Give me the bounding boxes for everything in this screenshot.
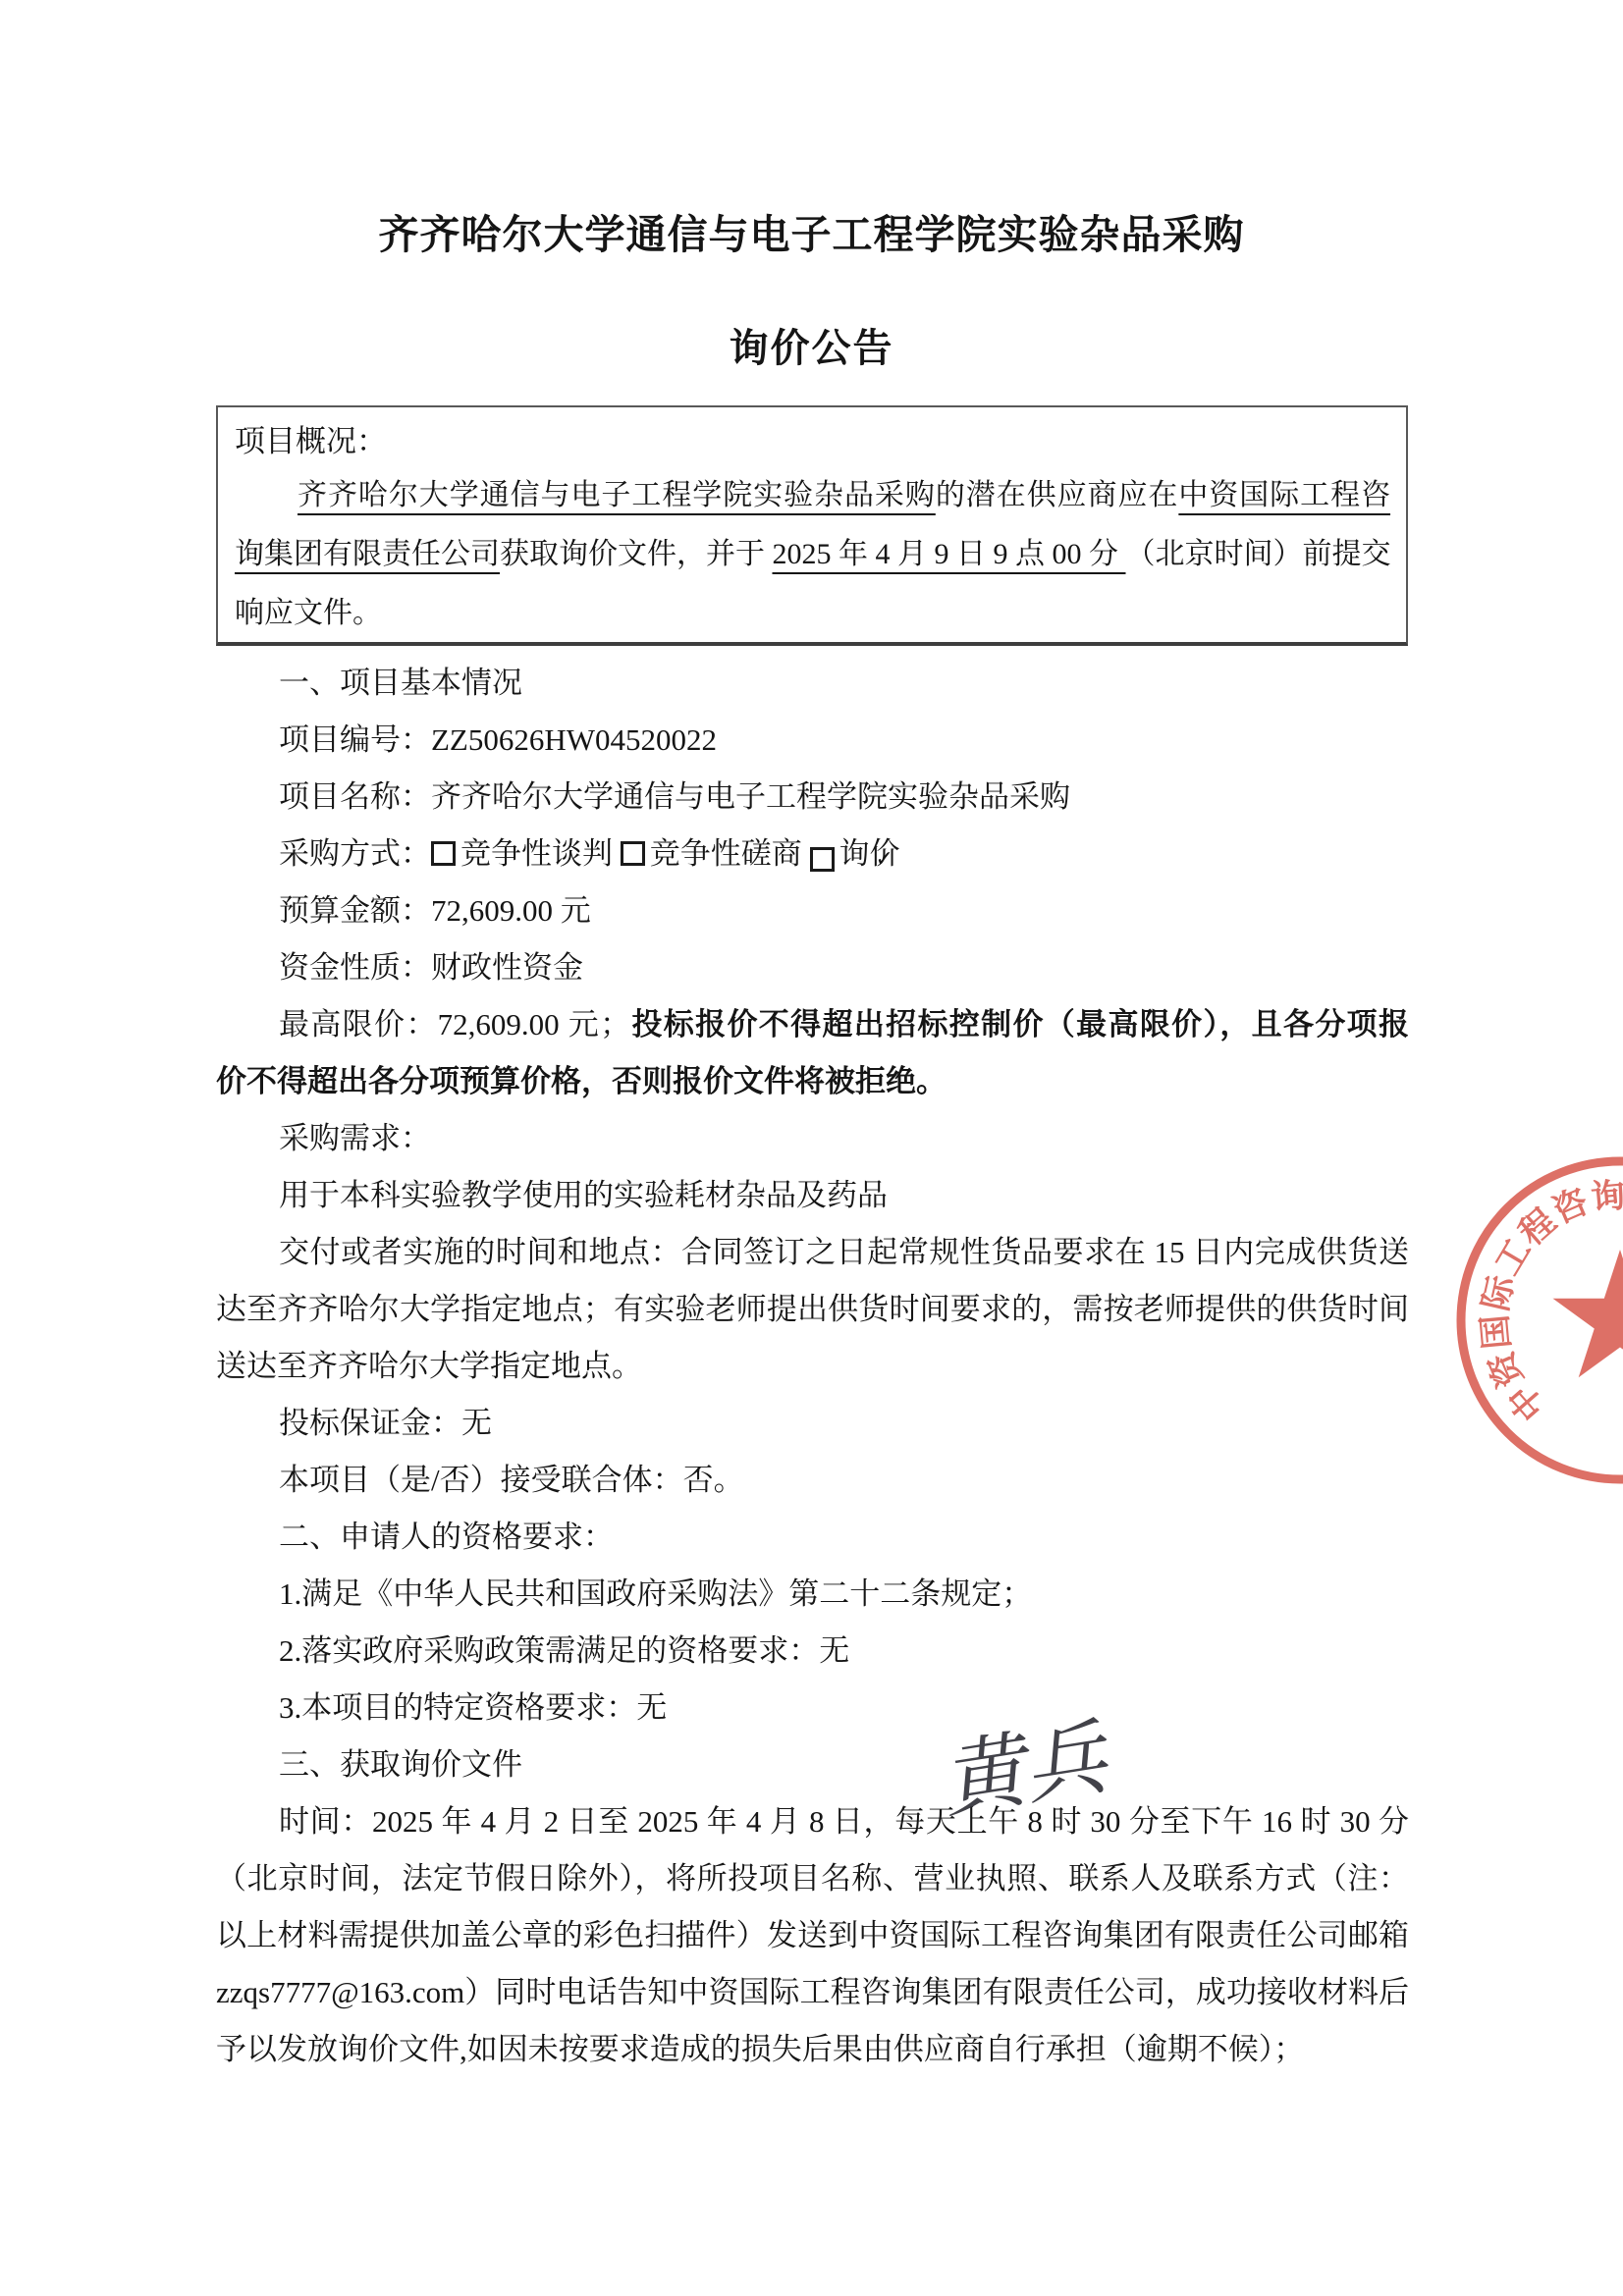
text-segment: 的潜在供应商应在 xyxy=(936,479,1179,511)
text-line: 齐齐哈尔大学通信与电子工程学院实验杂品采购的潜在供应商应在中资国际工程咨 xyxy=(235,466,1390,525)
text-line: 预算金额：72,609.00 元 xyxy=(216,882,1409,939)
document-page: 齐齐哈尔大学通信与电子工程学院实验杂品采购 询价公告 项目概况： 齐齐哈尔大学通… xyxy=(0,0,1623,2296)
text-line: 1.满足《中华人民共和国政府采购法》第二十二条规定； xyxy=(216,1566,1409,1623)
text-segment: 询集团有限责任公司 xyxy=(235,538,500,570)
text-line: 本项目（是/否）接受联合体：否。 xyxy=(216,1452,1409,1509)
text-segment: 响应文件。 xyxy=(235,597,382,629)
checkbox-checked-icon: ✓ xyxy=(810,847,835,872)
seal-star-icon xyxy=(1553,1250,1623,1377)
text-line: 采购方式：竞争性谈判 竞争性磋商 ✓询价 xyxy=(216,826,1409,882)
text-segment: 竞争性谈判 xyxy=(460,836,621,871)
text-segment: 以上材料需提供加盖公章的彩色扫描件）发送到中资国际工程咨询集团有限责任公司邮箱 xyxy=(216,1918,1409,1952)
text-segment: 项目编号：ZZ50626HW04520022 xyxy=(279,722,717,757)
text-segment: zzqs7777@163.com）同时电话告知中资国际工程咨询集团有限责任公司，… xyxy=(216,1975,1409,2009)
text-segment: 采购方式： xyxy=(279,836,431,871)
text-segment: 齐齐哈尔大学通信与电子工程学院实验杂品采购 xyxy=(298,479,936,511)
text-line: 时间：2025 年 4 月 2 日至 2025 年 4 月 8 日，每天上午 8… xyxy=(216,1793,1409,1850)
project-overview-box: 项目概况： 齐齐哈尔大学通信与电子工程学院实验杂品采购的潜在供应商应在中资国际工… xyxy=(216,405,1408,646)
overview-label: 项目概况： xyxy=(235,417,1390,466)
text-segment: 1.满足《中华人民共和国政府采购法》第二十二条规定； xyxy=(279,1576,1032,1611)
text-segment: 投标保证金：无 xyxy=(279,1406,492,1440)
checkbox-unchecked-icon xyxy=(431,841,456,866)
overview-paragraph: 齐齐哈尔大学通信与电子工程学院实验杂品采购的潜在供应商应在中资国际工程咨询集团有… xyxy=(235,466,1390,643)
text-segment: 价不得超出各分项预算价格，否则报价文件将被拒绝。 xyxy=(216,1064,947,1098)
text-line: 一、项目基本情况 xyxy=(216,655,1409,712)
text-segment: 中资国际工程咨 xyxy=(1178,479,1390,511)
text-segment: 3.本项目的特定资格要求：无 xyxy=(279,1690,667,1725)
text-line: 资金性质：财政性资金 xyxy=(216,939,1409,996)
text-line: 2.落实政府采购政策需满足的资格要求：无 xyxy=(216,1623,1409,1680)
signature-text: 黄兵 xyxy=(936,1712,1116,1829)
text-segment: 一、项目基本情况 xyxy=(279,666,522,700)
document-subtitle: 询价公告 xyxy=(0,317,1623,373)
text-segment: （北京时间）前提交 xyxy=(1126,538,1391,570)
text-segment: 采购需求： xyxy=(279,1121,431,1155)
text-segment: 交付或者实施的时间和地点：合同签订之日起常规性货品要求在 15 日内完成供货送 xyxy=(279,1235,1409,1269)
text-segment: 予以发放询价文件,如因未按要求造成的损失后果由供应商自行承担（逾期不候）； xyxy=(216,2032,1304,2066)
company-seal-stamp: 中资国际工程咨询集团有限责任公司 xyxy=(1424,1124,1623,1517)
text-segment: 获取询价文件，并于 xyxy=(500,538,773,570)
text-segment: 最高限价：72,609.00 元； xyxy=(279,1007,630,1041)
text-segment: 预算金额：72,609.00 元 xyxy=(279,893,591,928)
text-line: 项目编号：ZZ50626HW04520022 xyxy=(216,712,1409,769)
text-line: 3.本项目的特定资格要求：无 xyxy=(216,1680,1409,1736)
text-segment: 2025 年 4 月 9 日 9 点 00 分 xyxy=(773,538,1126,570)
text-line: 用于本科实验教学使用的实验耗材杂品及药品 xyxy=(216,1167,1409,1224)
text-line: 响应文件。 xyxy=(235,584,1390,643)
text-segment: 达至齐齐哈尔大学指定地点；有实验老师提出供货时间要求的，需按老师提供的供货时间 xyxy=(216,1292,1409,1326)
text-line: 交付或者实施的时间和地点：合同签订之日起常规性货品要求在 15 日内完成供货送 xyxy=(216,1224,1409,1281)
text-segment: 本项目（是/否）接受联合体：否。 xyxy=(279,1463,744,1497)
document-title: 齐齐哈尔大学通信与电子工程学院实验杂品采购 xyxy=(0,202,1623,260)
text-line: 项目名称：齐齐哈尔大学通信与电子工程学院实验杂品采购 xyxy=(216,769,1409,826)
checkbox-unchecked-icon xyxy=(621,841,645,866)
text-line: 送达至齐齐哈尔大学指定地点。 xyxy=(216,1338,1409,1395)
text-segment: 投标报价不得超出招标控制价（最高限价），且各分项报 xyxy=(630,1007,1409,1041)
text-line: 二、申请人的资格要求： xyxy=(216,1509,1409,1566)
text-segment: 2.落实政府采购政策需满足的资格要求：无 xyxy=(279,1633,849,1668)
text-segment: 送达至齐齐哈尔大学指定地点。 xyxy=(216,1349,642,1383)
text-line: 最高限价：72,609.00 元；投标报价不得超出招标控制价（最高限价），且各分… xyxy=(216,996,1409,1053)
text-segment: 二、申请人的资格要求： xyxy=(279,1520,614,1554)
text-segment: 三、获取询价文件 xyxy=(279,1747,522,1782)
text-segment: 竞争性磋商 xyxy=(650,836,810,871)
text-segment: 询价 xyxy=(839,836,900,871)
text-line: 以上材料需提供加盖公章的彩色扫描件）发送到中资国际工程咨询集团有限责任公司邮箱 xyxy=(216,1907,1409,1964)
text-line: 达至齐齐哈尔大学指定地点；有实验老师提出供货时间要求的，需按老师提供的供货时间 xyxy=(216,1281,1409,1338)
text-line: 投标保证金：无 xyxy=(216,1395,1409,1452)
text-segment: 用于本科实验教学使用的实验耗材杂品及药品 xyxy=(279,1178,888,1212)
text-line: 价不得超出各分项预算价格，否则报价文件将被拒绝。 xyxy=(216,1053,1409,1110)
text-segment: （北京时间，法定节假日除外），将所投项目名称、营业执照、联系人及联系方式（注： xyxy=(216,1861,1409,1896)
document-body: 一、项目基本情况项目编号：ZZ50626HW04520022项目名称：齐齐哈尔大… xyxy=(216,655,1409,2078)
text-segment: 项目名称：齐齐哈尔大学通信与电子工程学院实验杂品采购 xyxy=(279,779,1070,814)
text-segment: 时间：2025 年 4 月 2 日至 2025 年 4 月 8 日，每天上午 8… xyxy=(279,1804,1409,1839)
handwritten-signature: 黄兵 xyxy=(933,1693,1168,1855)
text-line: （北京时间，法定节假日除外），将所投项目名称、营业执照、联系人及联系方式（注： xyxy=(216,1850,1409,1907)
text-line: 采购需求： xyxy=(216,1110,1409,1167)
text-segment: 资金性质：财政性资金 xyxy=(279,950,583,985)
text-line: 予以发放询价文件,如因未按要求造成的损失后果由供应商自行承担（逾期不候）； xyxy=(216,2021,1409,2078)
text-line: zzqs7777@163.com）同时电话告知中资国际工程咨询集团有限责任公司，… xyxy=(216,1964,1409,2021)
text-line: 三、获取询价文件 xyxy=(216,1736,1409,1793)
text-line: 询集团有限责任公司获取询价文件，并于 2025 年 4 月 9 日 9 点 00… xyxy=(235,525,1390,584)
